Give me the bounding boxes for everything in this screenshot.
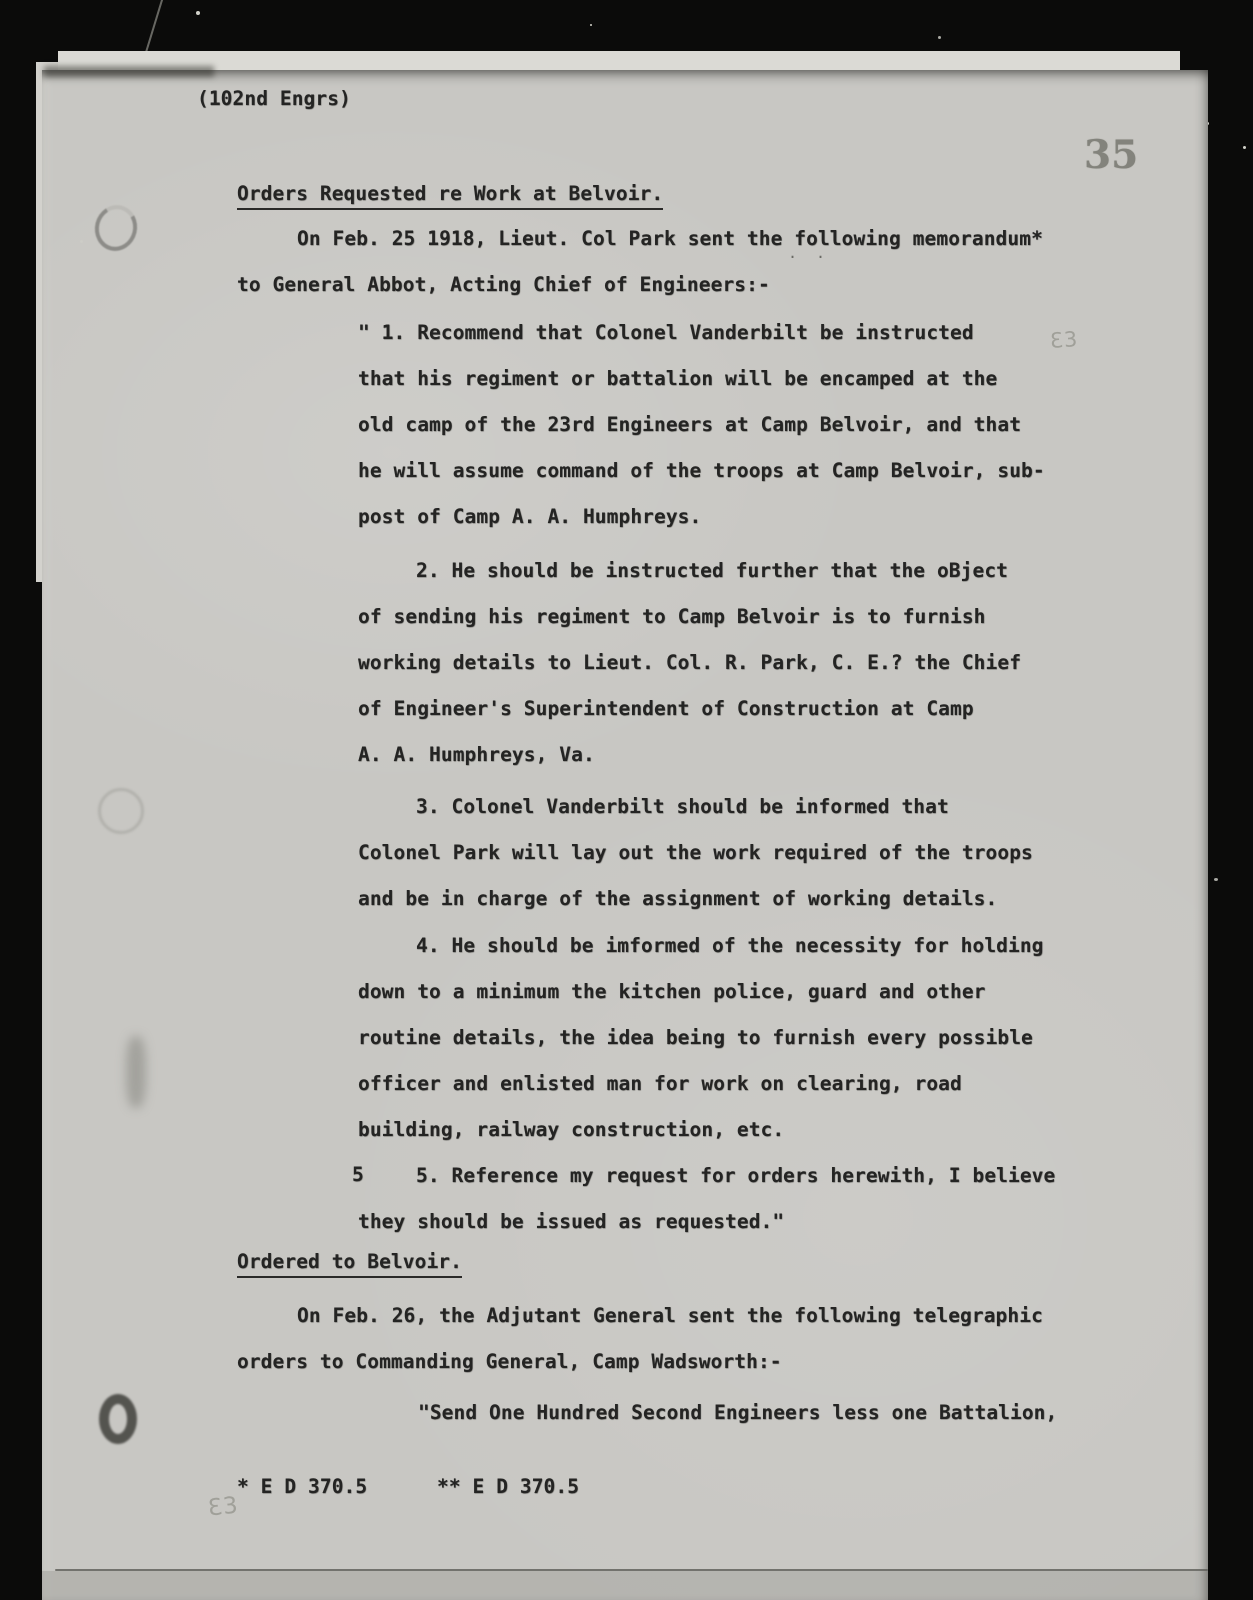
intro-paragraph-feb25: On Feb. 25 1918, Lieut. Col Park sent th… — [237, 216, 1117, 308]
next-page-sliver — [42, 1571, 1208, 1600]
faint-ring-mark — [98, 788, 144, 834]
section-heading-ordered-to-belvoir: Ordered to Belvoir. — [237, 1252, 462, 1278]
memo-item-2: 2. He should be instructed further that … — [358, 548, 1068, 778]
memo-item-1: " 1. Recommend that Colonel Vanderbilt b… — [358, 310, 1068, 540]
scan-shadow — [44, 66, 214, 77]
footnote-reference-left: * E D 370.5 — [237, 1477, 367, 1497]
ink-smudge — [126, 1036, 146, 1108]
dust-speck — [80, 240, 83, 243]
dust-speck — [590, 24, 592, 26]
corner-label: (102nd Engrs) — [197, 89, 351, 109]
dust-speck — [1214, 878, 1218, 881]
dust-speck — [196, 11, 200, 15]
telegraph-quote-line: "Send One Hundred Second Engineers less … — [418, 1403, 1057, 1423]
intro-paragraph-feb26: On Feb. 26, the Adjutant General sent th… — [237, 1293, 1117, 1385]
dust-speck — [938, 36, 941, 39]
section-heading-orders-requested: Orders Requested re Work at Belvoir. — [237, 184, 663, 210]
pencil-mark: Ɛ3 — [207, 1494, 240, 1520]
memo-item-4: 4. He should be imformed of the necessit… — [358, 923, 1078, 1153]
memo-item-5: 5. Reference my request for orders herew… — [358, 1153, 1078, 1245]
dust-speck — [1243, 146, 1246, 149]
document-scan: Ɛ3 Ɛ3 · · (102nd Engrs) 35 Orders Reques… — [0, 0, 1253, 1600]
page-number: 35 — [1084, 136, 1138, 175]
dark-ring-mark — [99, 1394, 137, 1444]
memo-item-3: 3. Colonel Vanderbilt should be informed… — [358, 784, 1068, 922]
footnote-reference-right: ** E D 370.5 — [437, 1477, 579, 1497]
